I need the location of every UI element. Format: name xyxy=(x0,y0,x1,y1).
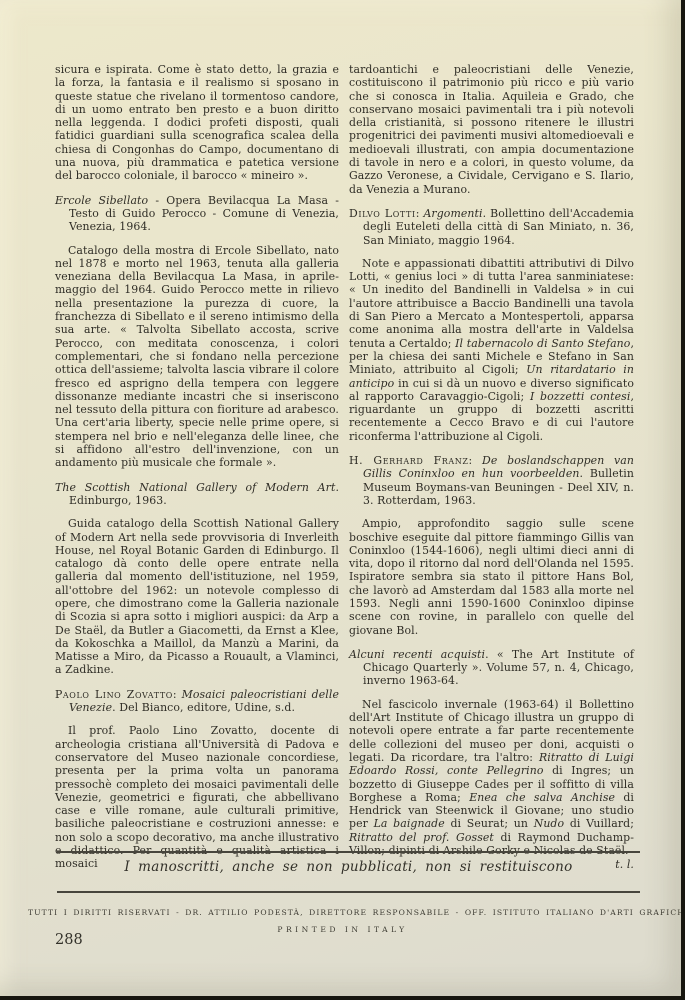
text-segment: : xyxy=(173,688,182,701)
manuscripts-notice: I manoscritti, anche se non pubblicati, … xyxy=(57,859,640,875)
body-paragraph: tardoantichi e paleocristiani delle Vene… xyxy=(349,63,634,196)
scanned-page: { "page": { "number": "288" }, "footer":… xyxy=(0,0,685,1000)
footer-rule-top xyxy=(57,851,640,853)
text-segment: The Scottish National Gallery of Modern … xyxy=(55,481,335,494)
body-paragraph: Catalogo della mostra di Ercole Sibellat… xyxy=(55,244,339,470)
text-segment: Enea che salva Anchise xyxy=(469,791,615,804)
text-segment: di Vuillard; xyxy=(564,817,634,830)
bibliography-entry: The Scottish National Gallery of Modern … xyxy=(55,481,339,508)
right-column: tardoantichi e paleocristiani delle Vene… xyxy=(349,63,634,872)
text-segment: sicura e ispirata. Come è stato detto, l… xyxy=(55,63,339,182)
body-paragraph: Guida catalogo della Scottish National G… xyxy=(55,517,339,677)
page-number: 288 xyxy=(55,932,83,948)
text-segment: Ampio, approfondito saggio sulle scene b… xyxy=(349,517,634,636)
imprint-line: TUTTI I DIRITTI RISERVATI - DR. ATTILIO … xyxy=(28,908,657,917)
text-segment: Argomenti xyxy=(423,207,482,220)
body-paragraph: Il prof. Paolo Lino Zovatto, docente di … xyxy=(55,724,339,870)
bibliography-entry: H. Gerhard Franz: De boslandschappen van… xyxy=(349,454,634,507)
left-column: sicura e ispirata. Come è stato detto, l… xyxy=(55,63,339,872)
text-segment: di Seurat; un xyxy=(445,817,534,830)
body-paragraph: sicura e ispirata. Come è stato detto, l… xyxy=(55,63,339,183)
scan-edge-bottom xyxy=(0,996,685,1000)
text-segment: Guida catalogo della Scottish National G… xyxy=(55,517,339,676)
bibliography-entry: Dilvo Lotti: Argomenti. Bollettino dell'… xyxy=(349,207,634,247)
text-segment: . Del Bianco, editore, Udine, s.d. xyxy=(112,701,295,714)
scan-edge-right xyxy=(681,0,685,1000)
text-segment: Ercole Sibellato xyxy=(55,194,148,207)
text-segment: Catalogo della mostra di Ercole Sibellat… xyxy=(55,244,339,470)
text-segment: I bozzetti contesi xyxy=(530,390,631,403)
footer-rule-bottom xyxy=(57,891,640,893)
printed-in-italy: PRINTED IN ITALY xyxy=(0,925,685,934)
text-segment: tardoantichi e paleocristiani delle Vene… xyxy=(349,63,634,196)
text-segment: Dilvo Lotti xyxy=(349,207,416,220)
text-segment: Ritratto del prof. Gosset xyxy=(349,831,494,844)
bibliography-entry: Alcuni recenti acquisti. « The Art Insti… xyxy=(349,648,634,688)
page-body: sicura e ispirata. Come è stato detto, l… xyxy=(55,63,634,872)
text-segment: Paolo Lino Zovatto xyxy=(55,688,173,701)
body-paragraph: Ampio, approfondito saggio sulle scene b… xyxy=(349,517,634,637)
text-segment: Il prof. Paolo Lino Zovatto, docente di … xyxy=(55,724,339,870)
text-segment: Nudo xyxy=(534,817,564,830)
body-paragraph: Note e appassionati dibattiti attributiv… xyxy=(349,257,634,443)
body-paragraph: Nel fascicolo invernale (1963-64) il Bol… xyxy=(349,698,634,858)
text-segment: Il tabernacolo di Santo Stefano xyxy=(455,337,630,350)
text-segment: La baignade xyxy=(374,817,445,830)
text-segment: Alcuni recenti acquisti xyxy=(349,648,485,661)
text-segment: : xyxy=(469,454,483,467)
bibliography-entry: Paolo Lino Zovatto: Mosaici paleocristia… xyxy=(55,688,339,715)
bibliography-entry: Ercole Sibellato - Opera Bevilacqua La M… xyxy=(55,194,339,234)
text-segment: H. Gerhard Franz xyxy=(349,454,469,467)
